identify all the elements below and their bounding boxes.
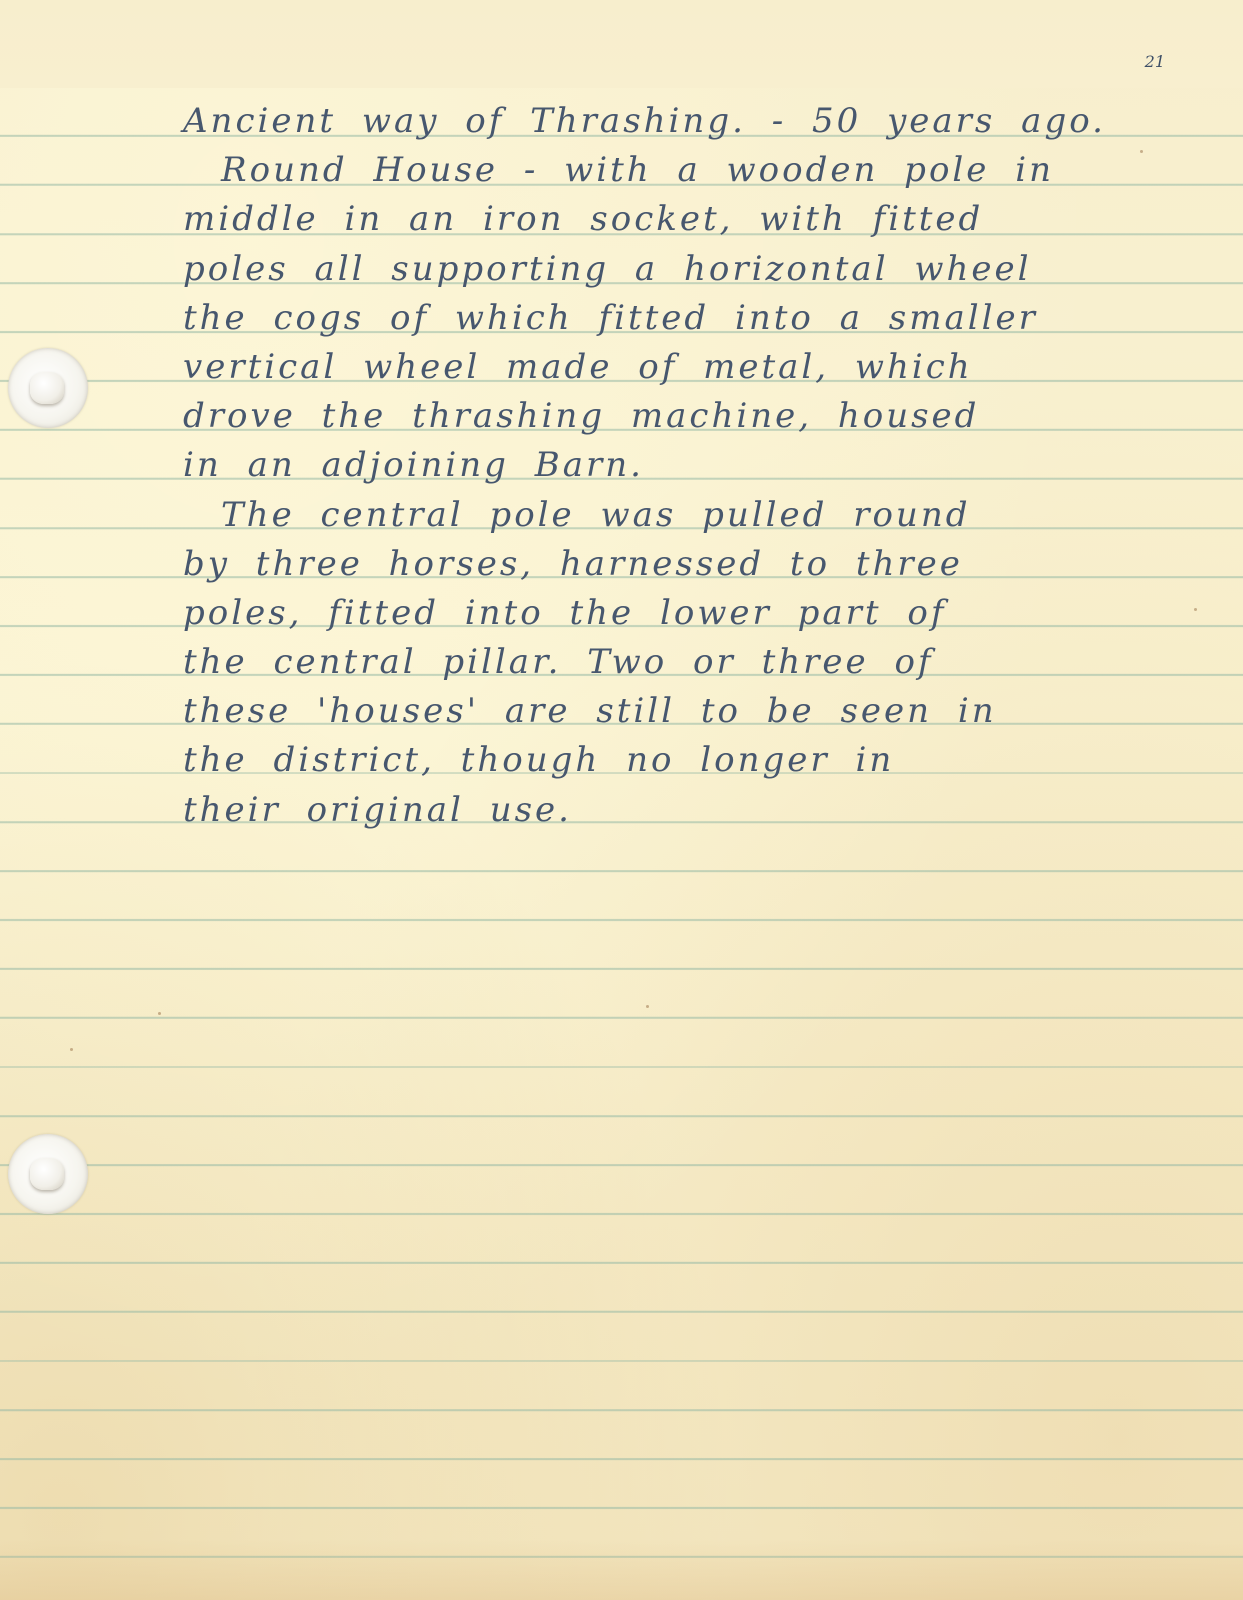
rivet-icon [30, 1158, 64, 1190]
heading-line: Ancient way of Thrashing. - 50 years ago… [183, 97, 1183, 146]
paper-speck [1194, 608, 1197, 611]
binder-hole-bottom [8, 1134, 88, 1214]
text-line: these 'houses' are still to be seen in [183, 687, 1183, 736]
text-line: the central pillar. Two or three of [183, 638, 1183, 687]
text-line: their original use. [183, 786, 1183, 835]
text-line: in an adjoining Barn. [183, 441, 1183, 490]
handwritten-text: Ancient way of Thrashing. - 50 years ago… [183, 97, 1183, 835]
paper-speck [70, 1048, 73, 1051]
text-line: vertical wheel made of metal, which [183, 343, 1183, 392]
binder-hole-top [8, 348, 88, 428]
text-line: the cogs of which fitted into a smaller [183, 294, 1183, 343]
top-margin [0, 0, 1243, 88]
paper-speck [1140, 150, 1143, 153]
text-line: the district, though no longer in [183, 736, 1183, 785]
text-line: drove the thrashing machine, housed [183, 392, 1183, 441]
age-stain [0, 1540, 1243, 1600]
text-line: by three horses, harnessed to three [183, 540, 1183, 589]
page-number: 21 [1145, 52, 1165, 71]
paper-speck [646, 1005, 649, 1008]
text-line: poles all supporting a horizontal wheel [183, 245, 1183, 294]
text-line: poles, fitted into the lower part of [183, 589, 1183, 638]
notebook-page: 21 Ancient way of Thrashing. - 50 years … [0, 0, 1243, 1600]
text-line: The central pole was pulled round [183, 491, 1183, 540]
text-line: middle in an iron socket, with fitted [183, 195, 1183, 244]
rivet-icon [30, 372, 64, 404]
text-line: Round House - with a wooden pole in [183, 146, 1183, 195]
paper-speck [158, 1012, 161, 1015]
